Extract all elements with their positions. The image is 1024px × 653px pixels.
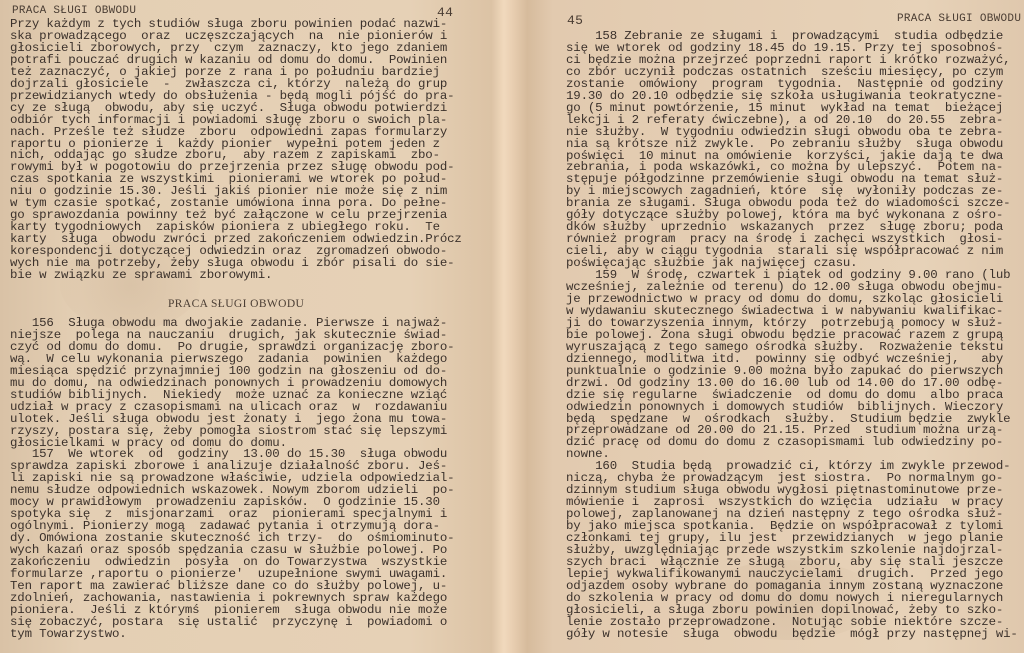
left-page: PRACA SŁUGI OBWODU 44 Przy każdym z tych… <box>0 0 512 653</box>
section-paragraphs-156-157: 156 Sługa obwodu ma dwojakie zadanie. Pi… <box>10 318 454 641</box>
paragraphs-158-160: 158 Zebranie ze sługami i prowadzącymi s… <box>566 31 1018 641</box>
right-page: 45 PRACA SŁUGI OBWODU 158 Zebranie ze sł… <box>512 0 1024 653</box>
section-title: PRACA SŁUGI OBWODU <box>168 298 304 310</box>
page-number: 45 <box>567 13 583 28</box>
running-head: PRACA SŁUGI OBWODU <box>897 13 1021 25</box>
running-head: PRACA SŁUGI OBWODU <box>12 5 136 17</box>
continuation-paragraph: Przy każdym z tych studiów sługa zboru p… <box>10 19 462 282</box>
book-spread: PRACA SŁUGI OBWODU 44 Przy każdym z tych… <box>0 0 1024 653</box>
